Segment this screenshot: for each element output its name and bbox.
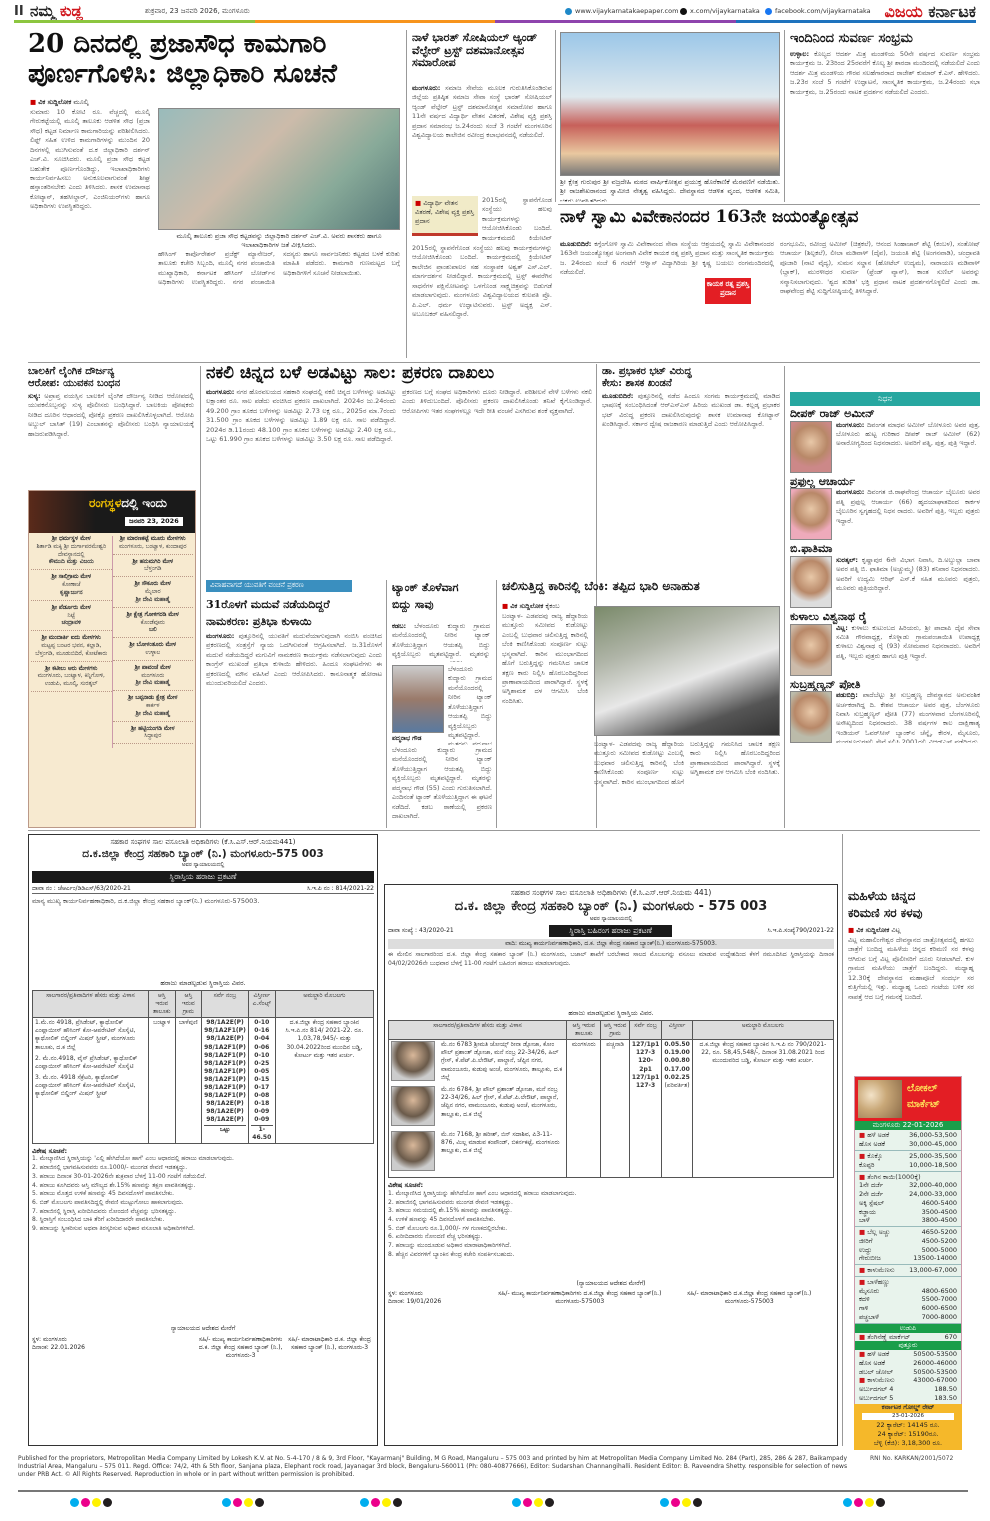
market-row: ■ ಬಾಳೆಹಣ್ಣು: [855, 1278, 961, 1287]
suvarna-headline: ಇಂದಿನಿಂದ ಸುವರ್ಣ ಸಂಭ್ರಮ: [790, 32, 980, 47]
market-row: ಅರ್ಬುದಗಲ್ 4188.50: [855, 1385, 961, 1394]
troupe-name: ಶ್ರೀ ಬೋಳಂತೂರು ಮೇಳ: [113, 642, 194, 650]
column-header: ವಿಸ್ತೀರ್ಣ ಎ.ಸೆಂಟ್ಸ್: [248, 991, 275, 1018]
play-name: ಬಲಿ: [113, 627, 194, 635]
survey-number: 98/1A2F1(P): [204, 1076, 246, 1084]
obituary-entry: ದೀಪಕ್ ರಾಜ್ ಅಮೀನ್ಮಂಗಳೂರು: ದಿವಂಗತ ಮಾಧವ ಅಮೀ…: [790, 408, 980, 473]
troupe-name: ಶ್ರೀ ಧರ್ಮಸ್ಥಳ ಮೇಳ: [31, 536, 112, 544]
party: ಮೆ.ನಂ 7168, ಶ್ರೀ ಹರೀಶ್, ಬಿನ್ ಸದಾಶಿವ, ಪಿ3…: [391, 1131, 564, 1173]
market-value: 5500-7000: [922, 1295, 957, 1304]
market-group: ■ ಕಾಳುಮೆಣಸು13,000-67,000: [855, 1265, 961, 1277]
market-label: ■ ಬೆಲ್ಲ ಅಚ್ಚು: [859, 1228, 890, 1237]
condition-item: 1. ಮೇಲ್ಕಾಣಿಸಿದ ಸ್ಥಿರಾಸ್ತಿಯನ್ನು ಹೇಗಿದೆಯೋ …: [388, 1190, 834, 1199]
gold-rate-box: ಕರ್ನಾಟಕ ಗೋಲ್ಡ್ ರೇಟ್ 23-01-2026 22 ಕ್ಯಾರೆ…: [854, 1404, 962, 1450]
rni-number: RNI No. KARKAN/2001/5072: [870, 1455, 953, 1463]
trust-article: ನಾಳೆ ಭಾರತ್ ಸೋಷಿಯಲ್ ಆ್ಯಂಡ್ ವೆಲ್ಫೇರ್ ಟ್ರಸ್…: [412, 32, 552, 70]
survey-number: 98/1A2F1(P): [204, 1052, 246, 1060]
lead-headline-1: 20 ದಿನದಲ್ಲಿ ಪ್ರಜಾಸೌಧ ಕಾಮಗಾರಿ: [28, 30, 428, 60]
tank-body-cont: ಬೆಳಂದೂರು ಕುದ್ಮಾರು ಗ್ರಾಮದ ಮನೆಯೊಂದರಲ್ಲಿ ನೀ…: [448, 665, 492, 745]
yakshagana-title: ರಂಗಸ್ಥಳದಲ್ಲಿ ಇಂದು: [89, 495, 167, 511]
market-label: ಹೊಸ ಅಡಕೆ: [859, 1359, 885, 1368]
bullet-icon: ■: [859, 1152, 867, 1160]
borrower-photo: [391, 1041, 435, 1081]
obituary-list: ದೀಪಕ್ ರಾಜ್ ಅಮೀನ್ಮಂಗಳೂರು: ದಿವಂಗತ ಮಾಧವ ಅಮೀ…: [790, 408, 980, 828]
obituary-photo: [790, 624, 832, 676]
play-name: ಶ್ರೀ ದೇವಿ ಮಹಾತ್ಮೆ: [113, 597, 194, 605]
market-value: 50500-53500: [913, 1368, 957, 1377]
venue: ಮಂಗಳೂರು: [113, 673, 194, 681]
column-header: ಆಸ್ತಿ ಇರುವ ಗ್ರಾಮ: [175, 991, 202, 1018]
chain-headline: ಮಹಿಳೆಯ ಚಿನ್ನದಕರಿಮಣಿ ಸರ ಕಳವು: [848, 888, 980, 922]
condition-item: 8. ಹೆಚ್ಚಿನ ವಿವರಗಳಿಗೆ ಬ್ಯಾಂಕಿನ ಕೇಂದ್ರ ಕಚೇ…: [388, 1251, 834, 1260]
lead-byline: ■ ವಿಕ ಸುದ್ದಿಲೋಕ ಮೂಲ್ಕಿ: [30, 98, 89, 107]
venue: ಬೆಳ್ತಂಗಡಿ: [113, 566, 194, 574]
carfire-byline: ■ ವಿಕ ಸುದ್ದಿಲೋಕ ಕೈಕಂಬ: [502, 602, 560, 611]
lead-caption: ಮೂಲ್ಕಿ ತಾಲೂಕು ಪ್ರಜಾ ಸೌಧ ಕಟ್ಟಡವನ್ನು ಜಿಲ್ಲ…: [158, 232, 400, 248]
market-value: 188.50: [934, 1385, 957, 1394]
condition-item: 4. ಹರಾಜು ಕೂಗಿದವರು ಆಸ್ತಿ ಮೌಲ್ಯದ ಶೇ.15% ಹಣ…: [32, 1182, 374, 1191]
obituary-entry: ಪ್ರಫುಲ್ಲ ಆಚಾರ್ಯಮಂಗಳೂರು: ದಿವಂಗತ ಜಿ.ರಾಘವೇಂ…: [790, 476, 980, 541]
troupe-name: ಶ್ರೀ ಹನುಮಗಿರಿ ಮೇಳ: [113, 559, 194, 567]
trust-body-2a: 2015ರಲ್ಲಿ ಸ್ಥಾಪನೆಗೊಂಡ ಸಂಸ್ಥೆಯು ಹಲವು ಕಾರ್…: [482, 196, 552, 240]
obituary-text: ವಿಟ್ಲ: ಕುಳಾಲು ಕುಟುಂಬದ ಹಿರಿಯರು, ಶ್ರೀ ಪಾದಾ…: [836, 624, 980, 676]
area-value: 0-09: [251, 1116, 273, 1124]
carfire-body-2: ಬಂಟ್ವಾಳ- ಎಡಪದವು ರಾಜ್ಯ ಹೆದ್ದಾರಿಯ ಮುತ್ತೂರು…: [594, 740, 780, 828]
market-label: ಅರ್ಬುದಗಲ್ 4: [859, 1385, 893, 1394]
market-row: ಬಾಳೆ3800-4500: [855, 1216, 961, 1225]
arecanut-image: [858, 1080, 902, 1118]
x-icon: [680, 8, 687, 15]
market-label: ಅಕ್ಕಿ ಸ್ಪೆಷಲ್: [859, 1199, 884, 1208]
yakshagana-date: ಜನವರಿ 23, 2026: [125, 517, 183, 526]
market-label: ಪಚ್ಚಬಾಳೆ: [859, 1313, 879, 1322]
venue: ಕೋಣಾಜೆ: [31, 582, 112, 590]
play-name: ಕೃಷ್ಣಾರ್ಜುನ: [31, 590, 112, 598]
condition-item: 1. ಮೇಲ್ಕಾಣಿಸಿದ ಸ್ಥಿರಾಸ್ತಿಯನ್ನು 'ಎಲ್ಲಿ ಹೇ…: [32, 1155, 374, 1164]
lead-photo: [158, 108, 400, 230]
imprint-line: Published for the proprietors, Metropoli…: [18, 1455, 848, 1479]
market-row: ■ ತೆಂಗಿನ ಕಾಯಿ(1000ಕ್ಕೆ): [855, 1173, 961, 1182]
condition-item: 8. ಸ್ಥಿರಾಸ್ತಿಗೆ ಸಂಬಂಧಿಸಿದ ಬಾಕಿ ತೆರಿಗೆ ಖರ…: [32, 1216, 374, 1225]
party: 2. ಮೆ.ನಂ.4918, ವೈಸ್ ಪ್ರೆಸಿಡೆಂಟ್, ಕ್ಯಾಥೋಲ…: [35, 1055, 146, 1071]
registration-marks: [70, 1498, 112, 1507]
obituary-header: ನಿಧನ: [790, 392, 980, 406]
area-value: 0.00.80: [664, 1057, 689, 1065]
obituary-place: ಸುರತ್ಕಲ್:: [836, 556, 858, 564]
market-label: ಬಾಳೆ: [859, 1216, 870, 1225]
obituary-place: ಮಂಗಳೂರು:: [836, 421, 864, 429]
market-value: 3500-4500: [922, 1208, 957, 1217]
facebook-link[interactable]: facebook.com/vijaykarnataka: [765, 7, 871, 16]
trust-sidebox: ■ ವಿದ್ಯಾರ್ಥಿ ವೇತನ ವಿತರಣೆ, ವಿಶೇಷ ವ್ಯಕ್ತಿ …: [412, 196, 478, 236]
yakshagana-col-left: ಶ್ರೀ ಧರ್ಮಸ್ಥಳ ಮೇಳಶಿರ್ತಾಡಿ ಮಕ್ಕಿ ಶ್ರೀ ದುರ…: [31, 536, 113, 748]
area-value: 0.17.00: [664, 1066, 689, 1074]
area-value: 0-10: [251, 1019, 273, 1027]
venue: ಮೈಲಾರ: [113, 589, 194, 597]
area-value: 0-17: [251, 1084, 273, 1092]
carfire-photo: [594, 606, 780, 736]
troupe-name: ಶ್ರೀ ಸಾಲಿಗ್ರಾಮ ಮೇಳ: [31, 574, 112, 582]
market-value: 7000-8000: [922, 1313, 957, 1322]
tank-body-3: ಬೆಳಂದೂರು ಕುದ್ಮಾರು ಗ್ರಾಮದ ಮನೆಯೊಂದರಲ್ಲಿ ನೀ…: [392, 746, 492, 828]
trust-body: ಮಂಗಳೂರು: ಸಮಾಜ ಸೇವೆಯ ಮೂಲಕ ಗುರುತಿಸಿಕೊಂಡಿರು…: [412, 84, 552, 156]
header-color-bar: [14, 20, 976, 23]
market-value: 43000-67000: [913, 1376, 957, 1385]
bhat-headline: ಡಾ. ಪ್ರಭಾಕರ ಭಟ್ ವಿರುದ್ಧಕೇಸು: ಶಾಸಕ ಖಂಡನೆ: [602, 366, 780, 389]
area-value: 0-06: [251, 1044, 273, 1052]
area-value: 0.02.25: [664, 1074, 689, 1082]
market-value: 183.50: [934, 1394, 957, 1403]
market-date: ಮಂಗಳೂರು 22-01-2026: [855, 1121, 961, 1130]
condition-item: 4. ಉಳಿಕೆ ಹಣವನ್ನು 45 ದಿವಸದೊಳಗೆ ಪಾವತಿಸಬೇಕು…: [388, 1216, 834, 1225]
bullet-icon: ■: [859, 1350, 867, 1358]
play-name: ಚಂದ್ರಾವಳಿ: [31, 620, 112, 628]
ad2-bank: ದ.ಕ. ಜಿಲ್ಲಾ ಕೇಂದ್ರ ಸಹಕಾರಿ ಬ್ಯಾಂಕ್ (ನಿ.) …: [388, 898, 834, 916]
marriage-body: ಮಂಗಳೂರು: ಪುತ್ತೂರಿನಲ್ಲಿ ಯುವತಿಗೆ ಮದುವೆಯಾಗು…: [206, 632, 382, 828]
trust-body-2: 2015ರಲ್ಲಿ ಸ್ಥಾಪನೆಗೊಂಡ ಸಂಸ್ಥೆಯು ಹಲವು ಕಾರ್…: [412, 244, 552, 358]
market-label: ■ ಕಾಳುಮೆಣಸು: [859, 1266, 895, 1275]
market-label: ಅರ್ಬುದಗಲ್ 5: [859, 1394, 893, 1403]
market-label: 2ನೇ ದರ್ಜೆ: [859, 1190, 883, 1199]
troupe-name: ಶ್ರೀ ಬಪ್ಪನಾಡು ಕ್ಷೇತ್ರ ಮೇಳ: [113, 695, 194, 703]
tank-body: ಕಡಬ: ಬೆಳಂದೂರು ಕುದ್ಮಾರು ಗ್ರಾಮದ ಮನೆಯೊಂದರಲ್…: [392, 622, 490, 662]
carfire-body: ಬಂಟ್ವಾಳ- ಎಡಪದವು ರಾಜ್ಯ ಹೆದ್ದಾರಿಯ ಮುತ್ತೂರು…: [502, 612, 588, 828]
venue: ಮಂಗಳೂರು, ಬಂಟ್ವಾಳ, ಕುಂದಾಪುರ: [113, 544, 194, 552]
ad1-bank: ದ.ಕ.ಜಿಲ್ಲಾ ಕೇಂದ್ರ ಸಹಕಾರಿ ಬ್ಯಾಂಕ್ (ನಿ.) ಮ…: [32, 847, 374, 861]
venue: ಮಟ್ಟಪ್ಪ ಬಂಟರ ಭವನ, ಕಲ್ಲಾಡಿ, ಬೆಳ್ತಂಗಡಿ, ಮೂ…: [31, 643, 112, 659]
carfire-headline: ಚಲಿಸುತ್ತಿದ್ದ ಕಾರಿನಲ್ಲಿ ಬೆಂಕಿ: ತಪ್ಪಿದ ಭಾರ…: [502, 580, 782, 594]
obituary-name: ಸುಬ್ರಹ್ಮಣ್ಯನ್ ಪೋತಿ: [790, 679, 980, 692]
venue: ನಿಟ್ಟೆ: [31, 613, 112, 621]
bullet-icon: ■: [859, 1376, 867, 1384]
condition-item: 6. ಬಿಡ್ ಮೊಬಲಗು ಪಾವತಿಸದಿದ್ದಲ್ಲಿ ಠೇವಣಿ ಮುಟ…: [32, 1199, 374, 1208]
market-value: 32,000-40,000: [909, 1181, 957, 1190]
suvarna-body: ಉಳ್ಳಾಲ: ಕೊಲ್ಯದ ಆದರ್ಶ ಮಿತ್ರ ಮಂಡಳಿಯ 50ನೇ ವ…: [790, 50, 980, 202]
area-value: 0-08: [251, 1092, 273, 1100]
obituary-name: ಪ್ರಫುಲ್ಲ ಆಚಾರ್ಯ: [790, 476, 980, 489]
party: 3. ಮೆ.ನಂ. 4918 ಸೆಕ್ರೆಟರಿ, ಕ್ಯಾಥೋಲಿಕ್ ಎಂಪ…: [35, 1074, 146, 1098]
yakshagana-entry: ಶ್ರೀ ಸಾಲಿಗ್ರಾಮ ಮೇಳಕೋಣಾಜೆಕೃಷ್ಣಾರ್ಜುನ: [31, 574, 112, 600]
area-value: 0-25: [251, 1060, 273, 1068]
obituary-photo: [790, 488, 832, 540]
survey-number: 98/1A2F1(P): [204, 1044, 246, 1052]
area-note: (ಪರಿವರ್ತಿತ): [664, 1082, 689, 1090]
ad1-intro: ಮಾನ್ಯ ಮುಖ್ಯ ಕಾರ್ಯನಿರ್ವಹಣಾಧಿಕಾರಿ, ದ.ಕ.ಜಿಲ…: [32, 897, 374, 977]
market-label: ■ ಹಳೆ ಅಡಕೆ: [859, 1350, 889, 1359]
play-name: ಶ್ರೀ ದೇವಿ ಮಹಾತ್ಮೆ: [113, 711, 194, 719]
market-value: 13500-14000: [913, 1254, 957, 1263]
troupe-name: ಶ್ರೀ ಸೌಕೂರು ಮೇಳ: [113, 581, 194, 589]
market-row: 1ನೇ ದರ್ಜೆ32,000-40,000: [855, 1181, 961, 1190]
survey-number: 127/1p1: [632, 1041, 659, 1049]
market-row: ■ ಕಾಳುಮೆಣಸು43000-67000: [855, 1376, 961, 1385]
market-label: ■ ಬಾಳೆಹಣ್ಣು: [859, 1278, 890, 1287]
condition-item: 3. ಹರಾಜು ದಿನಾಂಕ 30-01-2026ನೇ ಶುಕ್ರವಾರ ಬೆ…: [32, 1173, 374, 1182]
marriage-kicker: ವಿವಾಹವಾಗದೆ ಯುವತಿಗೆ ವಂಚನೆ ಪ್ರಕರಣ: [206, 580, 352, 592]
party: 1.ಮೆ.ನಂ 4918, ಪ್ರೆಸಿಡೆಂಟ್, ಕ್ಯಾಥೋಲಿಕ್ ಎಂ…: [35, 1019, 146, 1051]
condition-item: 2. ಹರಾಜಿನಲ್ಲಿ ಭಾಗವಹಿಸುವವರು ರೂ.1000/- ಮುಂ…: [32, 1164, 374, 1173]
obituary-text: ಪಡುಬಿದ್ರಿ: ಪಾದೆಬೆಟ್ಟು ಶ್ರೀ ಸುಬ್ರಹ್ಮಣ್ಯ ದ…: [836, 691, 980, 743]
tank-victim-name: ಪದ್ಮನಾಭ ಗೌಡ: [392, 735, 448, 743]
area-value: 0-15: [251, 1076, 273, 1084]
market-row: ಅರ್ಬುದಗಲ್ 5183.50: [855, 1394, 961, 1403]
venue: ಕಾರ್ಕಳ: [113, 703, 194, 711]
obituary-entry: ಬಿ.ಫಾತಿಮಾಸುರತ್ಕಲ್: ಕೃಷ್ಣಾಪುರ 6ನೇ ವಿಭಾಗ ನ…: [790, 543, 980, 608]
market-group: ■ ಹಳೆ ಅಡಕೆ36,000-53,500ಹೊಸ ಅಡಕೆ30,000-45…: [855, 1130, 961, 1151]
market-label: ಉದ್ದು: [859, 1246, 872, 1255]
market-label: ಹೊಸ ಅಡಕೆ: [859, 1140, 885, 1149]
area-value: 0-09: [251, 1108, 273, 1116]
area-value: 0-04: [251, 1035, 273, 1043]
fakegold-headline: ನಕಲಿ ಚಿನ್ನದ ಬಳೆ ಅಡವಿಟ್ಟು ಸಾಲ: ಪ್ರಕರಣ ದಾಖ…: [206, 364, 606, 384]
fakegold-body: ಮಂಗಳೂರು: ನಗರ ಹೊರವಲಯದ ಸಹಕಾರಿ ಸಂಘದಲ್ಲಿ ನಕಲ…: [206, 388, 396, 574]
total-label: ಒಟ್ಟು: [204, 1125, 246, 1134]
market-label: ಜೀರಿಗೆ: [859, 1237, 872, 1246]
market-row: ಕಜ್ಜಾಯ3500-4500: [855, 1208, 961, 1217]
abuse-body: ಸುಳ್ಯ: ಅಪ್ರಾಪ್ತ ವಯಸ್ಸಿನ ಬಾಲಕಿಗೆ ಲೈಂಗಿಕ ದ…: [28, 392, 194, 476]
market-row: ಅಕ್ಕಿ ಸ್ಪೆಷಲ್4600-5400: [855, 1199, 961, 1208]
play-name: ಶ್ರೀ ದೇವಿ ಮಹಾತ್ಮೆ: [113, 680, 194, 688]
chain-byline: ■ ವಿಕ ಸುದ್ದಿಲೋಕ ವಿಟ್ಲ: [848, 926, 901, 935]
market-row: ಮೈಸೂರು4800-6500: [855, 1287, 961, 1296]
market-row: ■ ಹಳೆ ಅಡಕೆ36,000-53,500: [855, 1131, 961, 1140]
venue: ಮಂಗಳೂರು, ಬಂಟ್ವಾಳ, ಕಿನ್ನಿಗೋಳಿ, ಉಡುಪಿ, ಮೂಲ…: [31, 673, 112, 689]
market-row: ■ ಬೆಲ್ಲ ಅಚ್ಚು4650-5200: [855, 1228, 961, 1237]
ad1-notice-banner: ಸ್ಥಿರಾಸ್ತಿಯ ಹರಾಜು ಪ್ರಕಟಣೆ: [32, 871, 374, 883]
market-group: ■ ಕೊಕ್ಕೊ25,000-35,500ಕೊಪ್ಪರಿ10,000-18,50…: [855, 1151, 961, 1172]
market-value: 24,000-33,000: [909, 1190, 957, 1199]
venue: ಕೊಂಡೆವೂರು: [113, 620, 194, 628]
survey-number: 98/1A2E(P): [204, 1100, 246, 1108]
market-value: 13,000-67,000: [909, 1266, 957, 1275]
obituary-entry: ಸುಬ್ರಹ್ಮಣ್ಯನ್ ಪೋತಿಪಡುಬಿದ್ರಿ: ಪಾದೆಬೆಟ್ಟು …: [790, 679, 980, 744]
bullet-icon: ■: [859, 1278, 867, 1286]
market-label: ಗೇರುಬೀಜ: [859, 1254, 881, 1263]
market-row: ಕದಳಿ5500-7000: [855, 1295, 961, 1304]
auction-notice-2: ಸಹಕಾರ ಸಂಘಗಳ ಸಾಲ ವಸೂಲಾತಿ ಅಧಿಕಾರಿಗಳು (ಕೆ.ಸ…: [384, 884, 838, 1446]
market-row: ಹೊಸ ಅಡಕೆ30,000-45,000: [855, 1140, 961, 1149]
market-row: ■ ಹಳೆ ಅಡಕೆ50500-53500: [855, 1350, 961, 1359]
market-label: ಮೈಸೂರು: [859, 1287, 879, 1296]
obituary-body: ಮಂಗಳೂರು: ದಿವಂಗತ ಮಾಧವ ಅಮೀನ್ ಬೋಳೂರು ಅವರ ಪು…: [790, 421, 980, 473]
market-value: 4650-5200: [922, 1228, 957, 1237]
market-value: 3800-4500: [922, 1216, 957, 1225]
market-row: ಗಾಳಿ6000-6500: [855, 1304, 961, 1313]
yakshagana-entry: ಶ್ರೀ ಬಪ್ಪನಾಡು ಕ್ಷೇತ್ರ ಮೇಳಕಾರ್ಕಳಶ್ರೀ ದೇವಿ…: [113, 695, 194, 721]
play-name: ಕೌಮುದಿ ಮತ್ತು ವಿಜಯ: [31, 559, 112, 567]
market-row: ಕೊಪ್ಪರಿ10,000-18,500: [855, 1161, 961, 1170]
ad2-intro: ಈ ಮೇಲಿನ ಸಾಲಗಾರರಿಂದ ದ.ಕ. ಜಿಲ್ಲಾ ಕೇಂದ್ರ ಸಹ…: [388, 951, 834, 1007]
ad2-conditions: 1. ಮೇಲ್ಕಾಣಿಸಿದ ಸ್ಥಿರಾಸ್ತಿಯನ್ನು ಹೇಗಿದೆಯೋ …: [388, 1190, 834, 1280]
epaper-link[interactable]: www.vijaykarnatakaepaper.com: [565, 7, 678, 16]
column-header: ಸರ್ವೆ ನಂಬ್ರ: [202, 991, 249, 1018]
obituary-body: ವಿಟ್ಲ: ಕುಳಾಲು ಕುಟುಂಬದ ಹಿರಿಯರು, ಶ್ರೀ ಪಾದಾ…: [790, 624, 980, 676]
survey-number: 98/1A2E(P): [204, 1108, 246, 1116]
yakshagana-entry: ಶ್ರೀ ಬೋಳಂತೂರು ಮೇಳಉಳ್ಳಾಲ: [113, 642, 194, 661]
obituary-photo: [790, 421, 832, 473]
market-row: 2ನೇ ದರ್ಜೆ24,000-33,000: [855, 1190, 961, 1199]
column-header: ಅಮಲ್ಜಾರಿ ಮೊಬಲಗು: [275, 991, 373, 1018]
obituary-place: ವಿಟ್ಲ:: [836, 624, 848, 632]
condition-item: 5. ಬಿಡ್ ಮೊಬಲಗು ರೂ.1,000/- ಗಳ ಗುಣಕದಲ್ಲಿರಬ…: [388, 1225, 834, 1234]
ad1-conditions: 1. ಮೇಲ್ಕಾಣಿಸಿದ ಸ್ಥಿರಾಸ್ತಿಯನ್ನು 'ಎಲ್ಲಿ ಹೇ…: [32, 1155, 374, 1325]
bullet-icon: ■: [859, 1228, 867, 1236]
survey-number: 98/1A2E(P): [204, 1116, 246, 1124]
marriage-headline: 31ರೊಳಗೆ ಮದುವೆ ನಡೆಯದಿದ್ದರೆನಾಮಕರಣ: ಪ್ರತಿಭಾ…: [206, 596, 386, 630]
yakshagana-entry: ಶ್ರೀ ಸೌಕೂರು ಮೇಳಮೈಲಾರಶ್ರೀ ದೇವಿ ಮಹಾತ್ಮೆ: [113, 581, 194, 607]
market-label: ■ ತೆಂಗಿನ ಕಾಯಿ(1000ಕ್ಕೆ): [859, 1173, 921, 1182]
survey-number: 127/1p1: [632, 1074, 659, 1082]
page-number: II: [14, 3, 24, 21]
market-label: ■ ತೆಂಗಿನೆಣ್ಣೆ ಮಾರ್ಕೆಟ್: [859, 1333, 910, 1342]
lead-headline-2: ಪೂರ್ಣಗೊಳಿಸಿ: ಜಿಲ್ಲಾಧಿಕಾರಿ ಸೂಚನೆ: [28, 60, 428, 90]
lead-article: 20 ದಿನದಲ್ಲಿ ಪ್ರಜಾಸೌಧ ಕಾಮಗಾರಿ ಪೂರ್ಣಗೊಳಿಸಿ…: [28, 30, 428, 90]
market-row: ಪಚ್ಚಬಾಳೆ7000-8000: [855, 1313, 961, 1322]
bhat-body: ಮೂಡುಬಿದಿರೆ: ಪುತ್ತೂರಿನಲ್ಲಿ ನಡೆದ ಹಿಂದೂ ಸಂಗ…: [602, 392, 780, 576]
local-market-box: ಲೋಕಲ್ಮಾರ್ಕೆಟ್ ಮಂಗಳೂರು 22-01-2026 ■ ಹಳೆ ಅ…: [854, 1076, 962, 1418]
tank-headline: ಟ್ಯಾಂಕ್ ತೊಳೆವಾಗಬಿದ್ದು ಸಾವು: [392, 580, 492, 613]
market-row: ಜೀರಿಗೆ4500-5200: [855, 1237, 961, 1246]
area-value: 0-10: [251, 1052, 273, 1060]
trust-headline: ನಾಳೆ ಭಾರತ್ ಸೋಷಿಯಲ್ ಆ್ಯಂಡ್ ವೆಲ್ಫೇರ್ ಟ್ರಸ್…: [412, 32, 552, 70]
obituary-text: ಮಂಗಳೂರು: ದಿವಂಗತ ಮಾಧವ ಅಮೀನ್ ಬೋಳೂರು ಅವರ ಪು…: [836, 421, 980, 473]
auction-notice-1: ಸಹಕಾರ ಸಂಘಗಳ ಸಾಲ ವಸೂಲಾತಿ ಅಧಿಕಾರಿಗಳು (ಕೆ.ಸ…: [28, 834, 378, 1446]
bullet-icon: ■: [859, 1131, 867, 1139]
bullet-icon: ■: [859, 1266, 867, 1274]
survey-number: 98/1A2F1(P): [204, 1060, 246, 1068]
troupe-name: ಶ್ರೀ ಕಟೀಲು ಆರು ಮೇಳಗಳು: [31, 666, 112, 674]
market-label: 1ನೇ ದರ್ಜೆ: [859, 1181, 883, 1190]
market-label: ಕಜ್ಜಾಯ: [859, 1208, 876, 1217]
column-header: ಆಸ್ತಿ ಇರುವ ತಾಲೂಕು: [567, 1021, 601, 1040]
area-value: 0.19.00: [664, 1049, 689, 1057]
survey-number: 120-2p1: [632, 1057, 659, 1073]
yakshagana-entry: ಶ್ರೀ ಪಾವಂಜೆ ಮೇಳಮಂಗಳೂರುಶ್ರೀ ದೇವಿ ಮಹಾತ್ಮೆ: [113, 665, 194, 691]
column-header: ಸಾಲಗಾರರ/ಪ್ರತಿವಾದಿಗಳ ಹೆಸರು ಮತ್ತು ವಿಳಾಸ: [389, 1021, 567, 1040]
procession-caption: ಶ್ರೀ ಕ್ಷೇತ್ರ ಗುರುಪುರ ಶ್ರೀ ವಜ್ರದೇಹಿ ಮಠದ ವ…: [560, 178, 780, 202]
area-value: 0-05: [251, 1068, 273, 1076]
troupe-name: ಶ್ರೀ ಪಾವಂಜೆ ಮೇಳ: [113, 665, 194, 673]
yakshagana-col-right: ಶ್ರೀ ಮಾರಣಕಟ್ಟೆ ಮೂರು ಮೇಳಗಳುಮಂಗಳೂರು, ಬಂಟ್ವ…: [113, 536, 194, 748]
survey-number: 98/1A2F1(P): [204, 1068, 246, 1076]
yakshagana-entry: ಶ್ರೀ ಮಾರಣಕಟ್ಟೆ ಮೂರು ಮೇಳಗಳುಮಂಗಳೂರು, ಬಂಟ್ವ…: [113, 536, 194, 555]
area-value: 0-16: [251, 1027, 273, 1035]
market-group: ■ ತೆಂಗಿನ ಕಾಯಿ(1000ಕ್ಕೆ)1ನೇ ದರ್ಜೆ32,000-4…: [855, 1172, 961, 1228]
column-header: ಆಸ್ತಿ ಇರುವ ತಾಲೂಕು: [148, 991, 175, 1018]
venue: ಸಿದ್ದಾಪುರ: [113, 733, 194, 741]
market-row: ■ ತೆಂಗಿನೆಣ್ಣೆ ಮಾರ್ಕೆಟ್670: [855, 1333, 961, 1342]
obituary-photo: [790, 691, 832, 743]
yakshagana-entry: ಶ್ರೀ ಹನುಮಗಿರಿ ಮೇಳಬೆಳ್ತಂಗಡಿ: [113, 559, 194, 578]
party: ಮೆ.ನಂ 6783 ಶ್ರೀಮತಿ ಜೋಯ್ಸ್ ರೀನಾ ಡ್ಸೋಜಾ, ಕ…: [391, 1041, 564, 1083]
troupe-name: ಶ್ರೀ ಹಟ್ಟಿಯಂಗಡಿ ಮೇಳ: [113, 726, 194, 734]
market-value: 4500-5200: [922, 1237, 957, 1246]
lead-body: ಸುಮಾರು 10 ಕೋಟಿ ರೂ. ವೆಚ್ಚದಲ್ಲಿ ಮೂಲ್ಕಿ ಗೇರ…: [30, 108, 150, 358]
obituary-text: ಮಂಗಳೂರು: ದಿವಂಗತ ಜಿ.ರಾಘವೇಂದ್ರ ಆಚಾರ್ಯ ಬೈಲೂ…: [836, 488, 980, 540]
obituary-place: ಮಂಗಳೂರು:: [836, 488, 864, 496]
facebook-icon: [765, 8, 772, 15]
lead-body-2: ಹೌಸಿಂಗ್ ಕಾರ್ಪೊರೇಶನ್ ಪ್ರಜೆಕ್ಟ್ ಮ್ಯಾನೇಜರ್,…: [158, 250, 400, 358]
column-header: ಸಾಲಗಾರರ/ಪ್ರತಿವಾದಿಗಳ ಹೆಸರು ಮತ್ತು ವಿಳಾಸ: [33, 991, 149, 1018]
market-value: 5000-5000: [922, 1246, 957, 1255]
obituary-body: ಮಂಗಳೂರು: ದಿವಂಗತ ಜಿ.ರಾಘವೇಂದ್ರ ಆಚಾರ್ಯ ಬೈಲೂ…: [790, 488, 980, 540]
globe-icon: [565, 8, 572, 15]
column-header: ಸರ್ವೆ ನಂಬ್ರ: [629, 1021, 661, 1040]
market-label: ಡಬಲ್ ಚೋಲ್: [859, 1368, 893, 1377]
market-value: 670: [945, 1333, 957, 1342]
ad1-property-table: ಸಾಲಗಾರರ/ಪ್ರತಿವಾದಿಗಳ ಹೆಸರು ಮತ್ತು ವಿಳಾಸಆಸ್…: [32, 990, 374, 1144]
market-value: 36,000-53,500: [909, 1131, 957, 1140]
obituary-place: ಪಡುಬಿದ್ರಿ:: [836, 691, 858, 699]
market-value: 50500-53500: [913, 1350, 957, 1359]
area-value: 0-18: [251, 1100, 273, 1108]
venue: ಶಿರ್ತಾಡಿ ಮಕ್ಕಿ ಶ್ರೀ ದುರ್ಗಾಪರಮೇಶ್ವರಿ ದೇವಸ…: [31, 544, 112, 560]
yakshagana-entry: ಶ್ರೀ ಕಟೀಲು ಆರು ಮೇಳಗಳುಮಂಗಳೂರು, ಬಂಟ್ವಾಳ, ಕ…: [31, 666, 112, 692]
column-header: ಅಮಲ್ಜಾರಿ ಮೊಬಲಗು: [692, 1021, 833, 1040]
yakshagana-entry: ಶ್ರೀ ಮಂದಾರ್ತಿ ಐದು ಮೇಳಗಳುಮಟ್ಟಪ್ಪ ಬಂಟರ ಭವನ…: [31, 635, 112, 661]
market-value: 30,000-45,000: [909, 1140, 957, 1149]
yakshagana-entry: ಶ್ರೀ ಧರ್ಮಸ್ಥಳ ಮೇಳಶಿರ್ತಾಡಿ ಮಕ್ಕಿ ಶ್ರೀ ದುರ…: [31, 536, 112, 570]
bullet-icon: ■: [859, 1173, 867, 1181]
troupe-name: ಶ್ರೀ ಮಂದಾರ್ತಿ ಐದು ಮೇಳಗಳು: [31, 635, 112, 643]
x-link[interactable]: x.com/vijaykarnataka: [680, 7, 760, 16]
ad2-property-table: ಸಾಲಗಾರರ/ಪ್ರತಿವಾದಿಗಳ ಹೆಸರು ಮತ್ತು ವಿಳಾಸಆಸ್…: [388, 1020, 834, 1178]
section-logo: ನಮ್ಮ ಕುಡ್ಲ: [30, 1, 83, 21]
market-row: ಗೇರುಬೀಜ13500-14000: [855, 1254, 961, 1263]
area-value: 0.05.50: [664, 1041, 689, 1049]
obituary-text: ಸುರತ್ಕಲ್: ಕೃಷ್ಣಾಪುರ 6ನೇ ವಿಭಾಗ ನಿವಾಸಿ, ದಿ…: [836, 556, 980, 608]
market-label: ■ ಹಳೆ ಅಡಕೆ: [859, 1131, 889, 1140]
yakshagana-entry: ಶ್ರೀ ಪೆರ್ಡೂರು ಮೇಳನಿಟ್ಟೆಚಂದ್ರಾವಳಿ: [31, 605, 112, 631]
edition-date: ಶುಕ್ರವಾರ, 23 ಜನವರಿ 2026, ಮಂಗಳೂರು: [145, 7, 250, 16]
market-group: ■ ಬಾಳೆಹಣ್ಣುಮೈಸೂರು4800-6500ಕದಳಿ5500-7000ಗ…: [855, 1277, 961, 1324]
market-value: 25,000-35,500: [909, 1152, 957, 1161]
market-label: ಕೊಪ್ಪರಿ: [859, 1161, 874, 1170]
market-value: 26000-46000: [913, 1359, 957, 1368]
survey-number: 98/1A2F1(P): [204, 1027, 246, 1035]
vivekananda-body-2: ರಂಗಭೂಮಿ, ರವೀಂದ್ರ ಅಮೀನ್ (ಚಿತ್ರಕಲೆ), ಆನಂದ …: [780, 240, 980, 360]
borrower-photo: [391, 1086, 435, 1126]
venue: ಉಳ್ಳಾಲ: [113, 650, 194, 658]
survey-number: 98/1A2F1(P): [204, 1084, 246, 1092]
obituary-entry: ಕುಳಾಲು ವಿಶ್ವನಾಥ ರೈವಿಟ್ಲ: ಕುಳಾಲು ಕುಟುಂಬದ …: [790, 611, 980, 676]
tank-victim-photo: [392, 665, 444, 733]
fakegold-body-2: ಪ್ರಕರಣದ ಬಗ್ಗೆ ಸಂಘದ ಅಧಿಕಾರಿಗಳು ದೂರು ನೀಡಿದ…: [402, 388, 592, 574]
obituary-body: ಪಡುಬಿದ್ರಿ: ಪಾದೆಬೆಟ್ಟು ಶ್ರೀ ಸುಬ್ರಹ್ಮಣ್ಯ ದ…: [790, 691, 980, 743]
survey-number: 127-3: [632, 1082, 659, 1090]
market-value: 4600-5400: [922, 1199, 957, 1208]
market-label: ಗಾಳಿ: [859, 1304, 868, 1313]
obituary-name: ಬಿ.ಫಾತಿಮಾ: [790, 543, 980, 556]
obituary-name: ಕುಳಾಲು ವಿಶ್ವನಾಥ ರೈ: [790, 611, 980, 624]
market-row: ■ ಕಾಳುಮೆಣಸು13,000-67,000: [855, 1266, 961, 1275]
market-label: ಕದಳಿ: [859, 1295, 870, 1304]
obituary-body: ಸುರತ್ಕಲ್: ಕೃಷ್ಣಾಪುರ 6ನೇ ವಿಭಾಗ ನಿವಾಸಿ, ದಿ…: [790, 556, 980, 608]
market-value: 6000-6500: [922, 1304, 957, 1313]
condition-item: 5. ಹರಾಜು ಮೊತ್ತದ ಉಳಿಕೆ ಹಣವನ್ನು 45 ದಿವಸದೊಳ…: [32, 1190, 374, 1199]
condition-item: 7. ಹರಾಜನ್ನು ಮುಂದೂಡುವ ಅಧಿಕಾರ ಮಾರಾಟಾಧಿಕಾರಿ…: [388, 1242, 834, 1251]
condition-item: 9. ಹರಾಜನ್ನು ಸ್ವೀಕರಿಸುವ ಅಥವಾ ತಿರಸ್ಕರಿಸುವ …: [32, 1225, 374, 1234]
survey-number: 127-3: [632, 1049, 659, 1057]
troupe-name: ಶ್ರೀ ಮಾರಣಕಟ್ಟೆ ಮೂರು ಮೇಳಗಳು: [113, 536, 194, 544]
market-row: ಉದ್ದು5000-5000: [855, 1246, 961, 1255]
ad2-notice-banner: ಸ್ಥಿರಾಸ್ತಿ ಬಹಿರಂಗ ಹರಾಜು ಪ್ರಕಟಣೆ: [549, 925, 672, 937]
bullet-icon: ■: [859, 1333, 867, 1341]
market-value: 4800-6500: [922, 1287, 957, 1296]
condition-item: 6. ಖರೀದಿದಾರರು ನೋಂದಣಿ ವೆಚ್ಚ ಭರಿಸತಕ್ಕದ್ದು.: [388, 1233, 834, 1242]
award-badge: ಕಾಯಕ ರತ್ನ ಪ್ರಶಸ್ತಿ ಪ್ರದಾನ: [705, 278, 751, 304]
column-header: ವಿಸ್ತೀರ್ಣ: [662, 1021, 692, 1040]
